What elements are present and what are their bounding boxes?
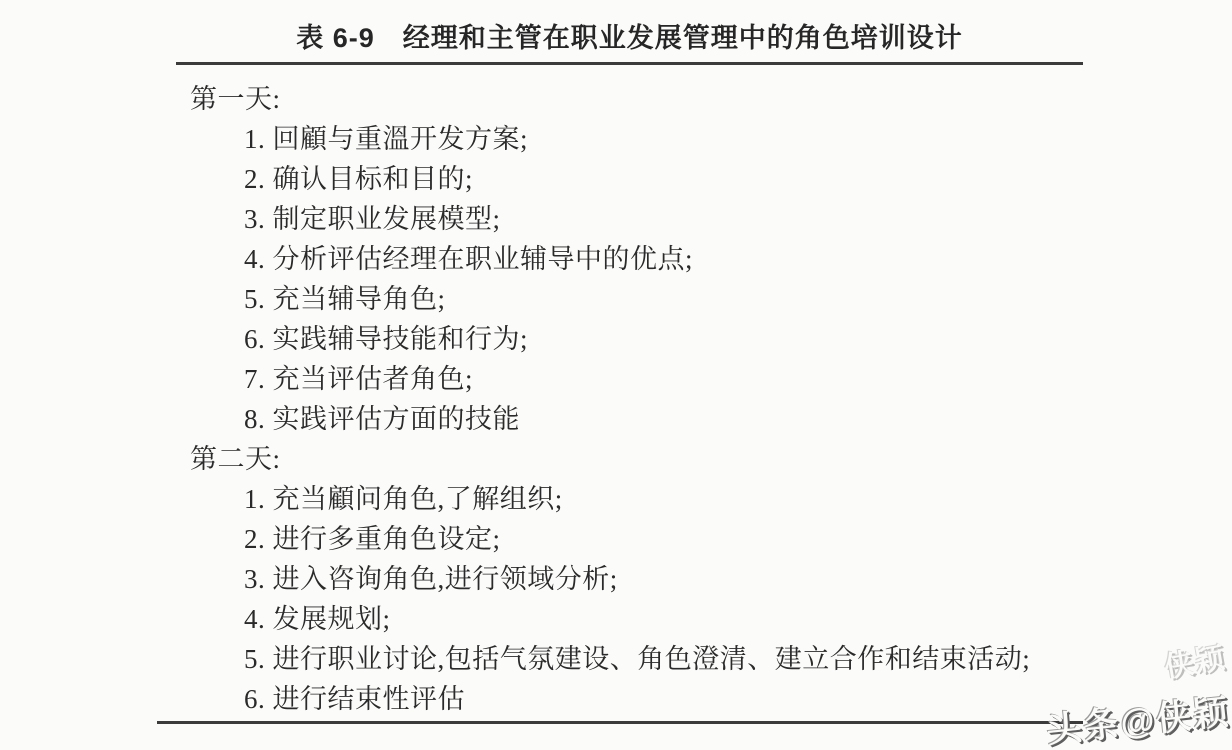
- list-item: 7. 充当评估者角色;: [190, 359, 1090, 399]
- bottom-rule: [157, 721, 1083, 724]
- table-title: 表 6-9 经理和主管在职业发展管理中的角色培训设计: [176, 16, 1083, 55]
- watermark-ghost-text: 侠颖: [1161, 635, 1229, 686]
- list-item: 3. 进入咨询角色,进行领域分析;: [190, 559, 1090, 599]
- list-item: 5. 充当辅导角色;: [190, 279, 1090, 319]
- list-item: 1. 充当顧问角色,了解组织;: [190, 479, 1090, 519]
- list-item: 1. 回顧与重溫开发方案;: [190, 119, 1090, 159]
- scanned-document-page: 表 6-9 经理和主管在职业发展管理中的角色培训设计 第一天:1. 回顧与重溫开…: [0, 0, 1232, 750]
- list-item: 6. 进行结束性评估: [190, 679, 1090, 719]
- list-item: 8. 实践评估方面的技能: [190, 399, 1090, 439]
- list-item: 3. 制定职业发展模型;: [190, 199, 1090, 239]
- list-item: 5. 进行职业讨论,包括气氛建设、角色澄清、建立合作和结束活动;: [190, 639, 1090, 679]
- list-item: 2. 确认目标和目的;: [190, 159, 1090, 199]
- list-item: 6. 实践辅导技能和行为;: [190, 319, 1090, 359]
- table-body: 第一天:1. 回顧与重溫开发方案;2. 确认目标和目的;3. 制定职业发展模型;…: [190, 79, 1090, 719]
- list-item: 4. 分析评估经理在职业辅导中的优点;: [190, 239, 1090, 279]
- section-heading: 第二天:: [190, 439, 1090, 479]
- list-item: 2. 进行多重角色设定;: [190, 519, 1090, 559]
- section-heading: 第一天:: [190, 79, 1090, 119]
- top-rule: [176, 62, 1083, 65]
- list-item: 4. 发展规划;: [190, 599, 1090, 639]
